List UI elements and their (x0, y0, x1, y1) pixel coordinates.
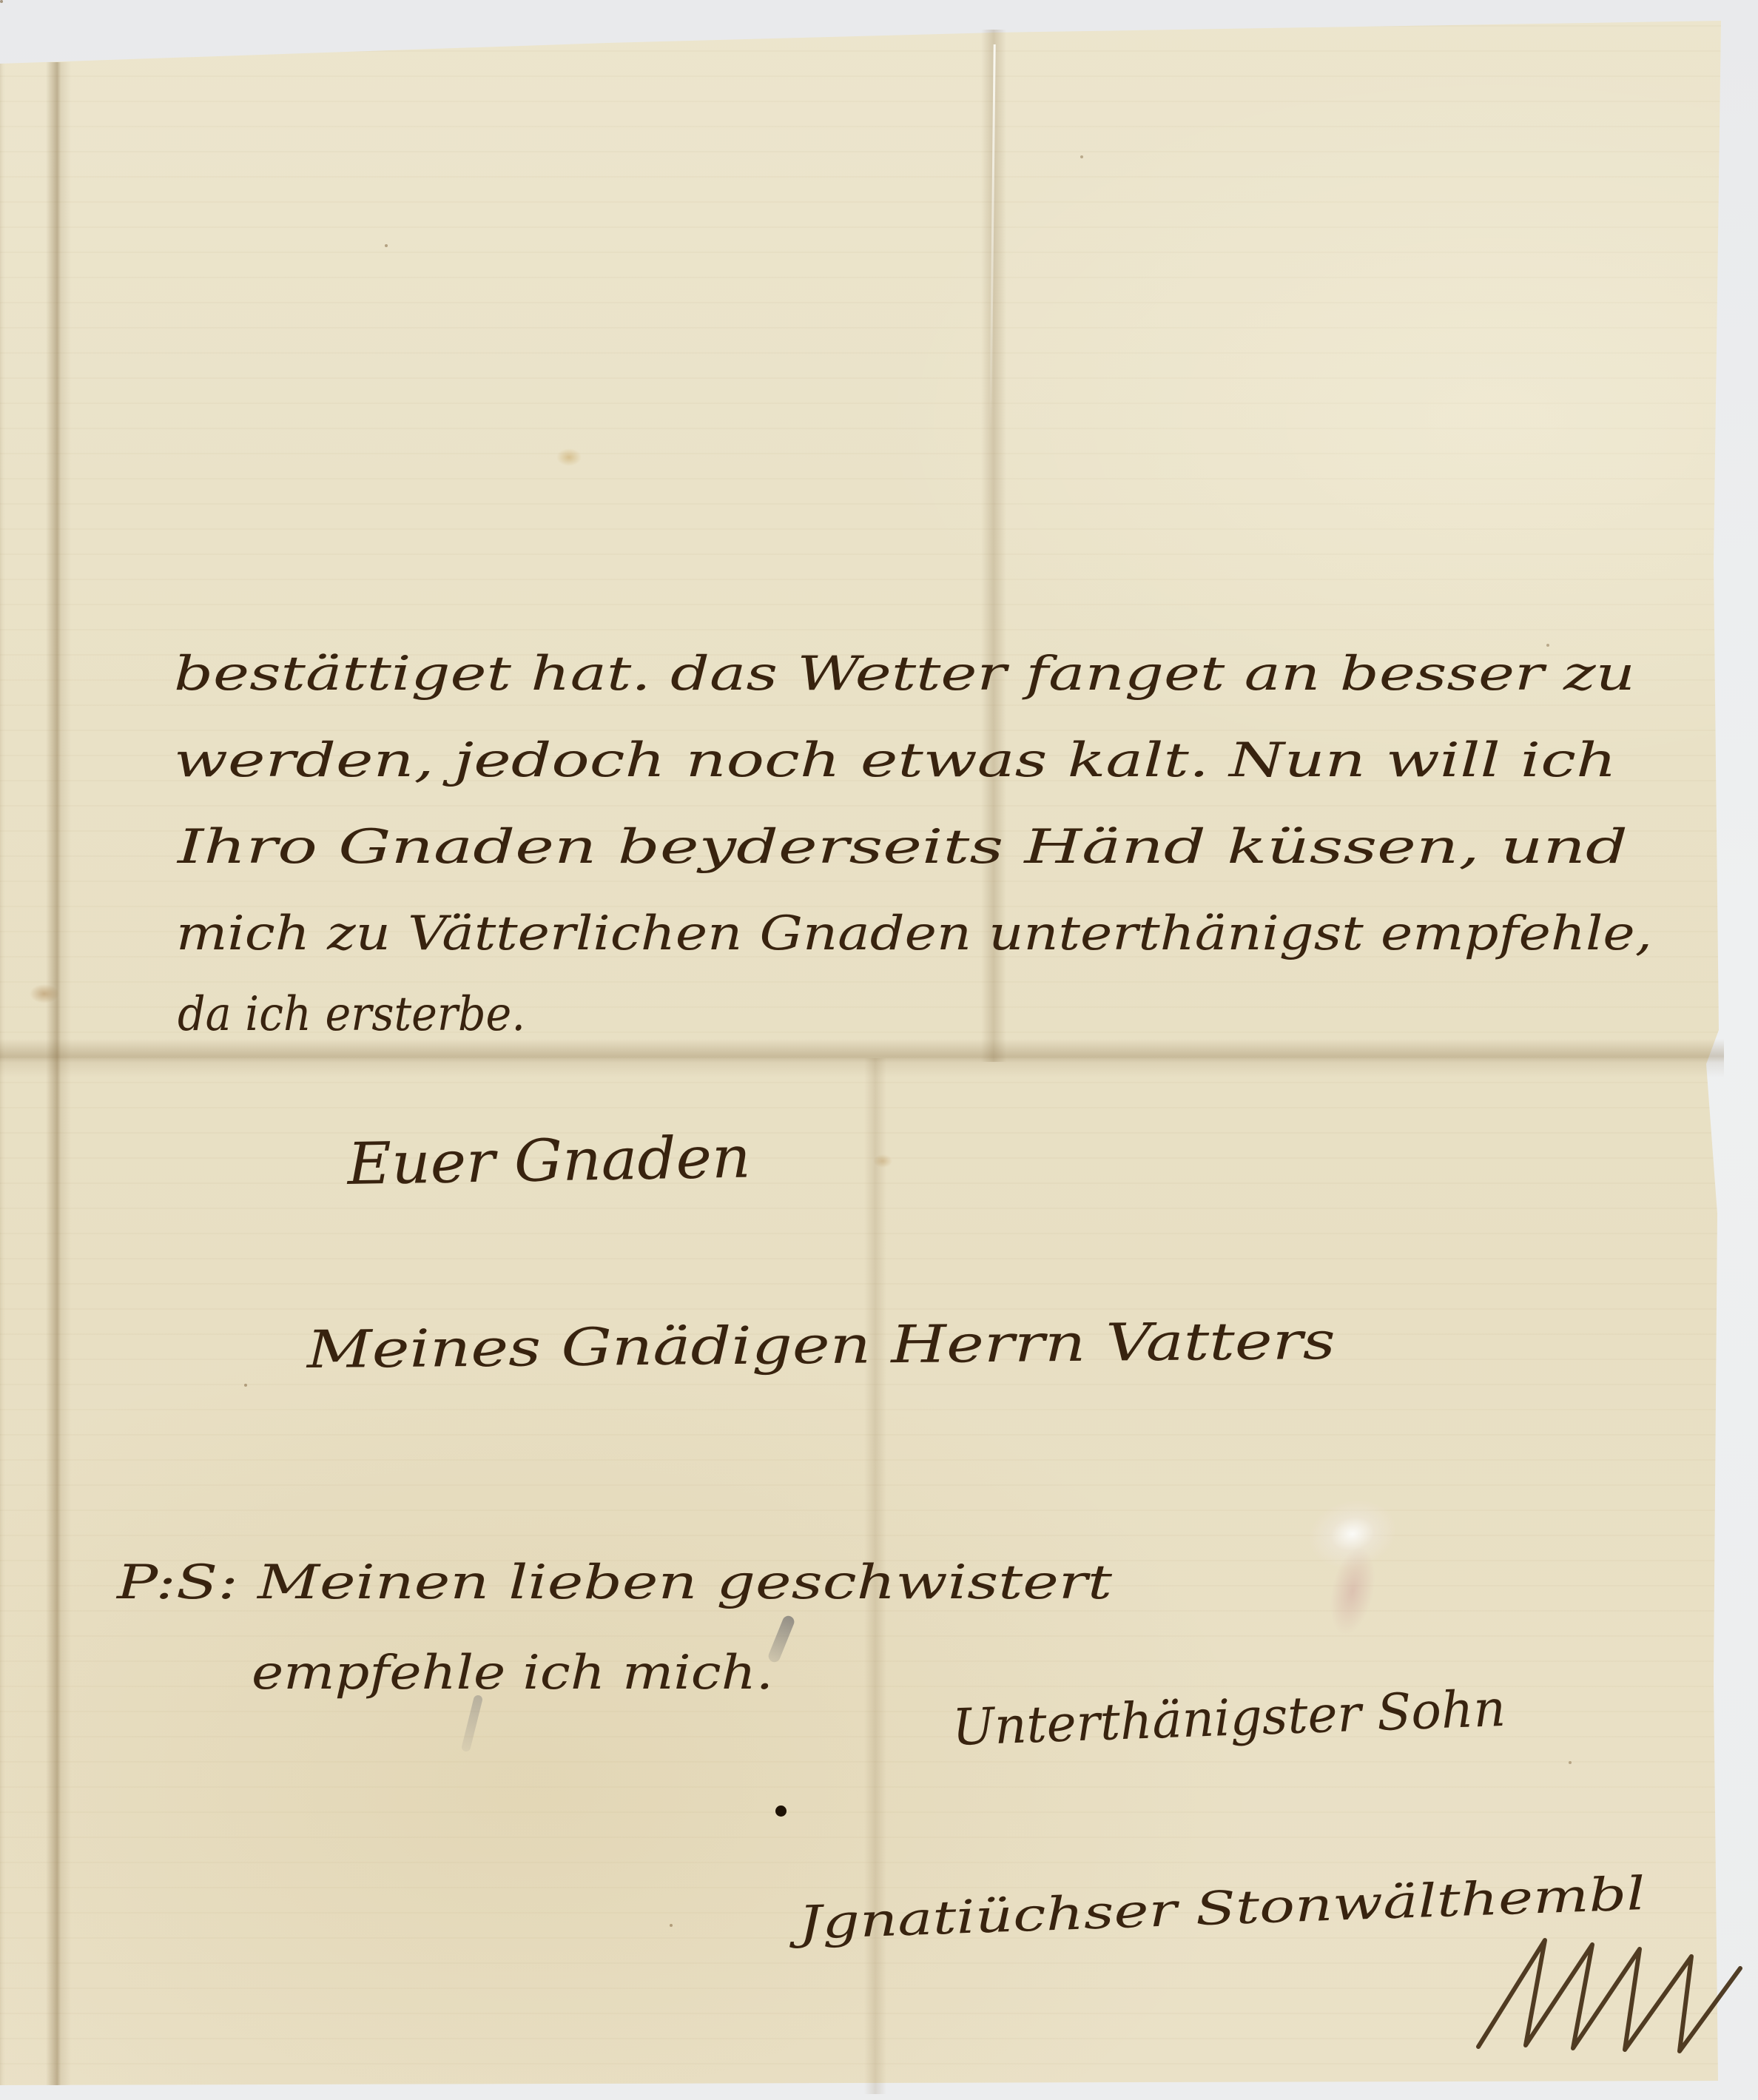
valediction: Unterthänigster Sohn (952, 1680, 1506, 1757)
postscript-line-1: P:S: Meinen lieben geschwistert (116, 1555, 1113, 1610)
closing-address-line-1: Euer Gnaden (346, 1124, 752, 1198)
handwriting-body-line-1: bestättiget hat. das Wetter fanget an be… (174, 647, 1635, 701)
handwriting-body-line-3: Ihro Gnaden beyderseits Händ küssen, und (177, 820, 1628, 875)
handwriting-layer: bestättiget hat. das Wetter fanget an be… (0, 0, 1758, 2100)
handwriting-body-line-5: da ich ersterbe. (178, 987, 525, 1042)
handwriting-body-line-4: mich zu Vätterlichen Gnaden unterthänigs… (176, 906, 1652, 961)
postscript-line-2: empfehle ich mich. (252, 1646, 773, 1700)
handwriting-body-line-2: werden, jedoch noch etwas kalt. Nun will… (174, 733, 1617, 788)
signature-flourish (1478, 1940, 1740, 2051)
closing-address-line-2: Meines Gnädigen Herrn Vatters (305, 1310, 1336, 1380)
signature: Jgnatiüchser Stonwälthembl (787, 1866, 1646, 1950)
